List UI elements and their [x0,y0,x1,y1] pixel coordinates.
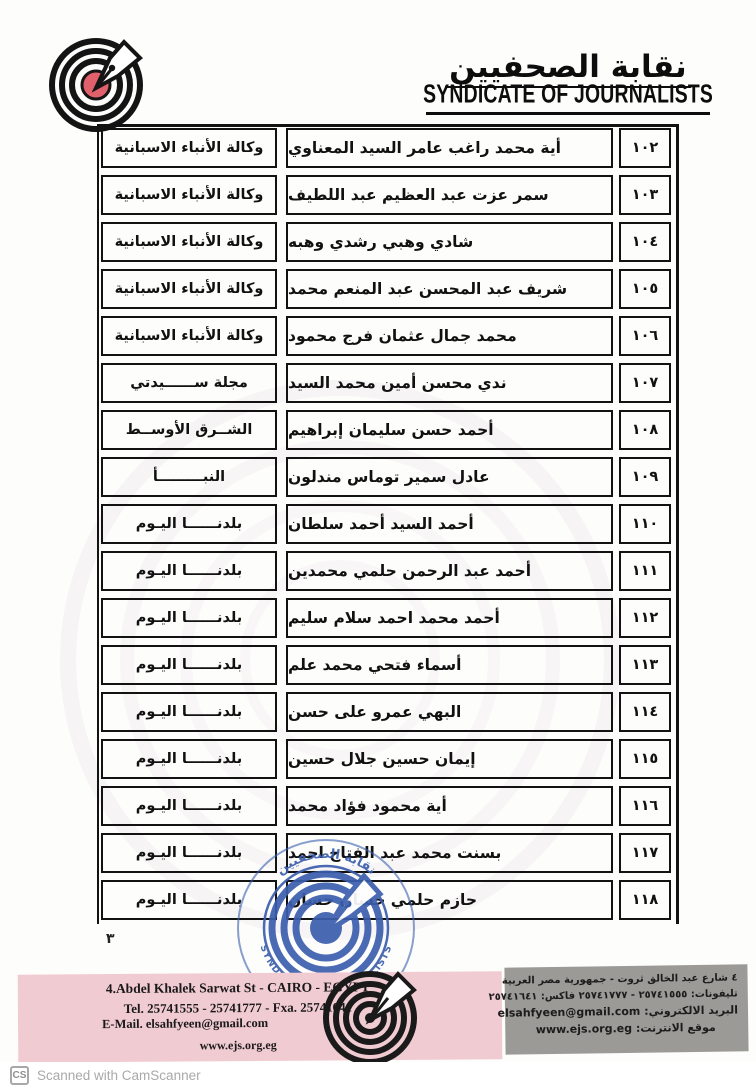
member-name-text: محمد جمال عثمان فرج محمود [288,327,517,345]
row-number-text: ١١١ [632,563,659,579]
row-number-cell: ١٠٥ [619,269,671,309]
footer-band-right: ٤ شارع عبد الخالق ثروت - جمهورية مصر الع… [504,964,748,1054]
row-number-cell: ١١٥ [619,739,671,779]
affiliation-cell: بلدنــــــا اليـوم [101,739,277,779]
row-number-text: ١٠٣ [632,187,659,203]
affiliation-cell: وكالة الأنباء الاسبانية [101,175,277,215]
camscanner-logo-icon: CS [10,1066,29,1085]
affiliation-text: وكالة الأنباء الاسبانية [115,140,264,156]
row-number-cell: ١١٦ [619,786,671,826]
affiliation-text: بلدنــــــا اليـوم [136,845,242,861]
affiliation-cell: وكالة الأنباء الاسبانية [101,269,277,309]
member-name-cell: عادل سمير توماس مندلون [286,457,613,497]
member-name-text: شادي وهبي رشدي وهبه [288,233,473,251]
member-name-text: عادل سمير توماس مندلون [288,468,490,486]
row-number-cell: ١٠٣ [619,175,671,215]
member-name-text: أحمد حسن سليمان إبراهيم [288,421,494,439]
table-row: وكالة الأنباء الاسبانية أية محمد راغب عا… [97,128,679,168]
target-pen-icon [46,28,150,136]
syndicate-english-title-underline: SYNDICATE OF JOURNALISTS [426,89,710,115]
affiliation-cell: الشــرق الأوســط [101,410,277,450]
row-number-text: ١١٠ [632,516,659,532]
affiliation-text: بلدنــــــا اليـوم [136,892,242,908]
member-name-cell: أية محمد راغب عامر السيد المعناوي [286,128,613,168]
row-number-cell: ١١٠ [619,504,671,544]
row-number-cell: ١٠٢ [619,128,671,168]
footer-website-ar: موقع الانترنت: www.ejs.org.eg [513,1018,738,1038]
affiliation-cell: وكالة الأنباء الاسبانية [101,128,277,168]
row-number-text: ١٠٧ [632,375,659,391]
affiliation-cell: بلدنــــــا اليـوم [101,598,277,638]
member-name-text: أية محمود فؤاد محمد [288,797,447,815]
member-name-cell: أحمد عبد الرحمن حلمي محمدين [286,551,613,591]
table-row: بلدنــــــا اليـوم أية محمود فؤاد محمد ١… [97,786,679,826]
page-number: ٣ [106,931,115,947]
member-name-cell: أحمد حسن سليمان إبراهيم [286,410,613,450]
row-number-text: ١٠٢ [632,140,659,156]
camscanner-bar: CS Scanned with CamScanner [0,1062,756,1088]
affiliation-cell: بلدنــــــا اليـوم [101,504,277,544]
row-number-text: ١٠٤ [632,234,659,250]
row-number-text: ١١٣ [632,657,659,673]
row-number-text: ١١٦ [632,798,659,814]
row-number-cell: ١١١ [619,551,671,591]
row-number-cell: ١٠٧ [619,363,671,403]
member-name-text: أحمد محمد احمد سلام سليم [288,609,500,627]
row-number-cell: ١١٤ [619,692,671,732]
table-row: مجلة ســــــيدتي ندي محسن أمين محمد السي… [97,363,679,403]
row-number-text: ١٠٩ [632,469,659,485]
row-number-text: ١٠٥ [632,281,659,297]
scanned-document-page: نقابة الصحفيين SYNDICATE OF JOURNALISTS … [0,0,756,1088]
row-number-cell: ١٠٦ [619,316,671,356]
table-row: بلدنــــــا اليـوم إيمان حسين جلال حسين … [97,739,679,779]
table-row: وكالة الأنباء الاسبانية محمد جمال عثمان … [97,316,679,356]
table-row: الشــرق الأوســط أحمد حسن سليمان إبراهيم… [97,410,679,450]
affiliation-cell: وكالة الأنباء الاسبانية [101,222,277,262]
row-number-cell: ١١٨ [619,880,671,920]
member-name-cell: أية محمود فؤاد محمد [286,786,613,826]
affiliation-text: وكالة الأنباء الاسبانية [115,328,264,344]
affiliation-text: بلدنــــــا اليـوم [136,610,242,626]
member-name-text: أسماء فتحي محمد علم [288,656,461,674]
member-name-text: البهي عمرو على حسن [288,703,461,721]
row-number-text: ١١٤ [632,704,659,720]
table-border-top [97,124,679,127]
member-name-cell: شريف عبد المحسن عبد المنعم محمد [286,269,613,309]
row-number-cell: ١١٢ [619,598,671,638]
affiliation-cell: بلدنــــــا اليـوم [101,551,277,591]
member-name-text: شريف عبد المحسن عبد المنعم محمد [288,280,567,298]
affiliation-text: وكالة الأنباء الاسبانية [115,187,264,203]
row-number-text: ١١٨ [632,892,659,908]
row-number-cell: ١٠٨ [619,410,671,450]
affiliation-text: بلدنــــــا اليـوم [136,516,242,532]
table-row: وكالة الأنباء الاسبانية شريف عبد المحسن … [97,269,679,309]
affiliation-text: بلدنــــــا اليـوم [136,751,242,767]
member-name-text: أحمد السيد أحمد سلطان [288,515,474,533]
table-row: النبـــــــــأ عادل سمير توماس مندلون ١٠… [97,457,679,497]
target-pen-icon [318,962,428,1066]
member-name-text: أية محمد راغب عامر السيد المعناوي [288,139,561,157]
row-number-cell: ١٠٤ [619,222,671,262]
member-name-cell: ندي محسن أمين محمد السيد [286,363,613,403]
member-name-cell: شادي وهبي رشدي وهبه [286,222,613,262]
affiliation-cell: بلدنــــــا اليـوم [101,645,277,685]
table-row: وكالة الأنباء الاسبانية شادي وهبي رشدي و… [97,222,679,262]
row-number-cell: ١١٣ [619,645,671,685]
footer-target-logo [318,962,428,1070]
affiliation-cell: مجلة ســــــيدتي [101,363,277,403]
member-name-cell: سمر عزت عبد العظيم عبد اللطيف [286,175,613,215]
table-row: بلدنــــــا اليـوم أحمد محمد احمد سلام س… [97,598,679,638]
member-name-cell: البهي عمرو على حسن [286,692,613,732]
member-name-cell: أسماء فتحي محمد علم [286,645,613,685]
member-name-text: أحمد عبد الرحمن حلمي محمدين [288,562,531,580]
row-number-text: ١٠٦ [632,328,659,344]
member-name-text: ندي محسن أمين محمد السيد [288,374,507,392]
footer-band-left: 4.Abdel Khalek Sarwat St - CAIRO - EGYPT… [18,971,503,1062]
affiliation-cell: النبـــــــــأ [101,457,277,497]
row-number-cell: ١٠٩ [619,457,671,497]
affiliation-cell: بلدنــــــا اليـوم [101,786,277,826]
affiliation-text: وكالة الأنباء الاسبانية [115,281,264,297]
affiliation-text: مجلة ســــــيدتي [130,375,248,391]
syndicate-english-title: SYNDICATE OF JOURNALISTS [423,81,713,111]
row-number-text: ١٠٨ [632,422,659,438]
row-number-text: ١١٧ [632,845,659,861]
footer-contact-arabic: ٤ شارع عبد الخالق ثروت - جمهورية مصر الع… [512,970,738,1038]
row-number-text: ١١٥ [632,751,659,767]
row-number-text: ١١٢ [632,610,659,626]
table-row: بلدنــــــا اليـوم أحمد عبد الرحمن حلمي … [97,551,679,591]
members-table: وكالة الأنباء الاسبانية أية محمد راغب عا… [97,124,679,926]
camscanner-label: Scanned with CamScanner [37,1068,201,1083]
member-name-cell: محمد جمال عثمان فرج محمود [286,316,613,356]
member-name-text: إيمان حسين جلال حسين [288,750,476,768]
affiliation-text: بلدنــــــا اليـوم [136,704,242,720]
affiliation-text: بلدنــــــا اليـوم [136,798,242,814]
table-row: بلدنــــــا اليـوم أحمد السيد أحمد سلطان… [97,504,679,544]
header-titles: نقابة الصحفيين SYNDICATE OF JOURNALISTS [426,50,710,115]
affiliation-text: بلدنــــــا اليـوم [136,657,242,673]
table-row: بلدنــــــا اليـوم أسماء فتحي محمد علم ١… [97,645,679,685]
affiliation-text: النبـــــــــأ [153,469,225,485]
member-name-cell: أحمد السيد أحمد سلطان [286,504,613,544]
affiliation-cell: بلدنــــــا اليـوم [101,692,277,732]
table-row: وكالة الأنباء الاسبانية سمر عزت عبد العظ… [97,175,679,215]
row-number-cell: ١١٧ [619,833,671,873]
affiliation-text: الشــرق الأوســط [126,422,253,438]
table-row: بلدنــــــا اليـوم البهي عمرو على حسن ١١… [97,692,679,732]
affiliation-cell: وكالة الأنباء الاسبانية [101,316,277,356]
affiliation-text: بلدنــــــا اليـوم [136,563,242,579]
member-name-cell: إيمان حسين جلال حسين [286,739,613,779]
affiliation-text: وكالة الأنباء الاسبانية [115,234,264,250]
member-name-cell: أحمد محمد احمد سلام سليم [286,598,613,638]
member-name-text: سمر عزت عبد العظيم عبد اللطيف [288,186,549,204]
